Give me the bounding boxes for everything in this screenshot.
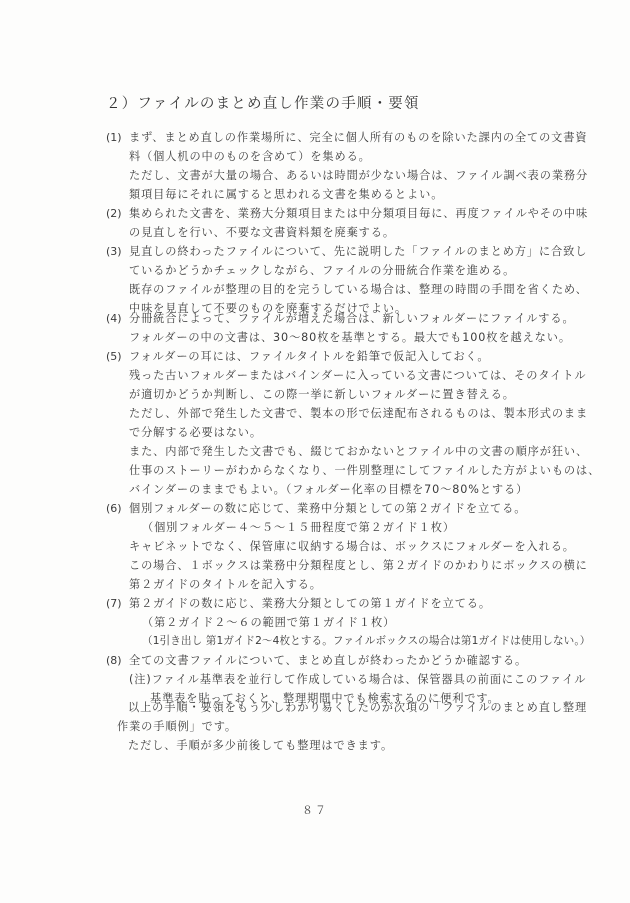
- closing-line: 以上の手順・要領をもう少しわかり易くしたのが次項の「ファイルのまとめ直し整理: [128, 698, 587, 717]
- page-number: ８７: [0, 802, 630, 818]
- body-line: キャビネットでなく、保管庫に収納する場合は、ボックスにフォルダーを入れる。: [129, 537, 575, 556]
- body-line: 分冊統合によって、ファイルが増えた場合は、新しいフォルダーにファイルする。: [129, 309, 575, 328]
- body-line: この場合、１ボックスは業務中分類程度とし、第２ガイドのかわりにボックスの横に: [129, 556, 588, 575]
- body-line: 仕事のストーリーがわからなくなり、一件別整理にしてファイルした方がよいものは、: [129, 461, 600, 480]
- body-line: が適切かどうか判断し、この際一挙に新しいフォルダーに置き替える。: [129, 385, 515, 404]
- item-number: (5): [106, 347, 122, 366]
- body-line: ただし、外部で発生した文書で、製本の形で伝達配布されるものは、製本形式のまま: [129, 404, 588, 423]
- body-line: 第２ガイドのタイトルを記入する。: [129, 575, 322, 594]
- section-title: ２）ファイルのまとめ直し作業の手順・要領: [106, 92, 420, 113]
- body-line: で分解する必要はない。: [129, 423, 262, 442]
- body-line: バインダーのままでもよい。（フォルダー化率の目標を70〜80%とする）: [129, 480, 528, 499]
- document-page: ２）ファイルのまとめ直し作業の手順・要領 (1) まず、まとめ直しの作業場所に、…: [0, 0, 630, 903]
- closing-line: 作業の手順例」です。: [117, 717, 237, 736]
- body-line: ているかどうかチェックしながら、ファイルの分冊統合作業を進める。: [129, 261, 515, 280]
- item-number: (7): [106, 594, 122, 613]
- item-number: (2): [106, 204, 122, 223]
- closing-line: ただし、手順が多少前後しても整理はできます。: [128, 736, 393, 755]
- body-line: 個別フォルダーの数に応じて、業務中分類としての第２ガイドを立てる。: [129, 499, 526, 518]
- item-number: (6): [106, 499, 122, 518]
- body-line: 全ての文書ファイルについて、まとめ直しが終わったかどうか確認する。: [129, 651, 527, 670]
- item-number: (1): [106, 128, 122, 147]
- body-line: 第２ガイドの数に応じ、業務大分類としての第１ガイドを立てる。: [129, 594, 491, 613]
- body-line: 集められた文書を、業務大分類項目または中分類項目毎に、再度ファイルやその中味: [129, 204, 588, 223]
- body-line: 料（個人机の中のものを含めて）を集める。: [129, 147, 371, 166]
- note-line: (注)ファイル基準表を並行して作成している場合は、保管器具の前面にこのファイル: [129, 670, 586, 689]
- body-line: （第２ガイド２〜６の範囲で第１ガイド１枚）: [142, 613, 395, 632]
- item-number: (4): [106, 309, 122, 328]
- body-line: ただし、文書が大量の場合、あるいは時間が少ない場合は、ファイル調べ表の業務分: [129, 166, 588, 185]
- body-line: 見直しの終わったファイルについて、先に説明した「ファイルのまとめ方」に合致し: [129, 242, 587, 261]
- body-line: まず、まとめ直しの作業場所に、完全に個人所有のものを除いた課内の全ての文書資: [129, 128, 587, 147]
- item-number: (8): [106, 651, 122, 670]
- body-line: フォルダーの中の文書は、30〜80枚を基準とする。最大でも100枚を越えない。: [129, 328, 571, 347]
- body-line: フォルダーの耳には、ファイルタイトルを鉛筆で仮記入しておく。: [129, 347, 490, 366]
- body-line: の見直しを行い、不要な文書資料類を廃棄する。: [129, 223, 395, 242]
- body-line: 類項目毎にそれに属すると思われる文書を集めるとよい。: [129, 185, 443, 204]
- body-line: （個別フォルダー４〜５〜１５冊程度で第２ガイド１枚）: [142, 518, 455, 537]
- body-line: 既存のファイルが整理の目的を完うしている場合は、整理の時間の手間を省くため、: [129, 280, 588, 299]
- body-line: （1引き出し 第1ガイド2〜4枚とする。ファイルボックスの場合は第1ガイドは使用…: [142, 632, 590, 651]
- body-line: 残った古いフォルダーまたはバインダーに入っている文書については、そのタイトル: [129, 366, 586, 385]
- body-line: また、内部で発生した文書でも、綴じておかないとファイル中の文書の順序が狂い、: [129, 442, 588, 461]
- item-number: (3): [106, 242, 122, 261]
